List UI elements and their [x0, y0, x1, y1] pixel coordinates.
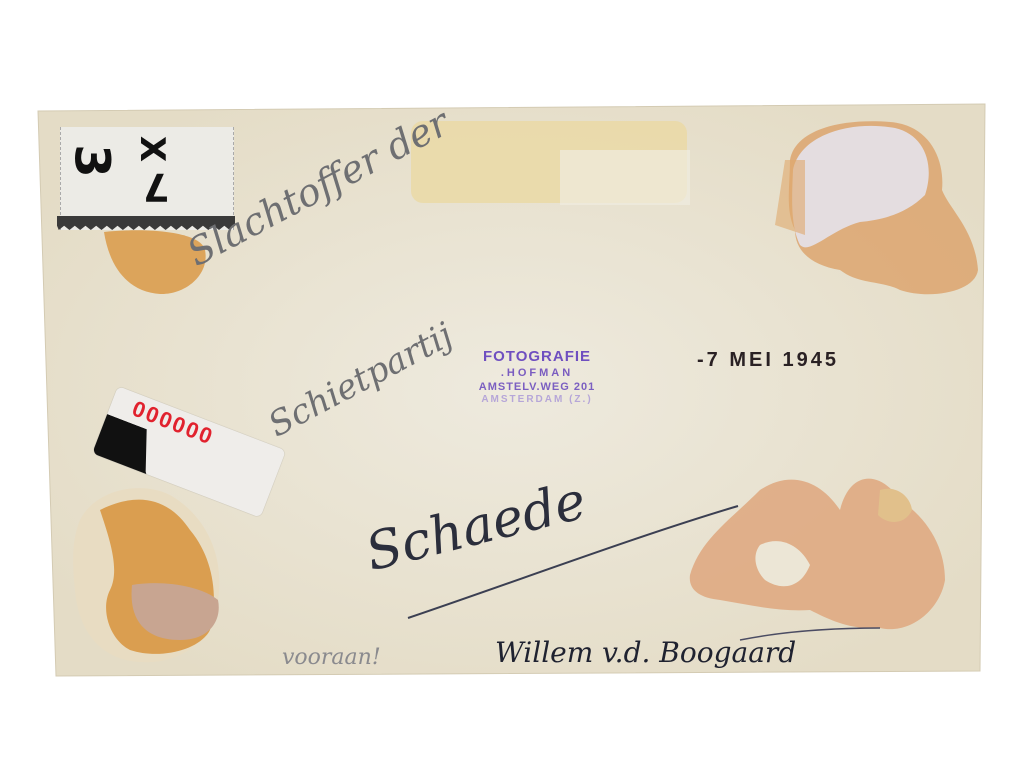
handwritten-note-vooraan: vooraan! — [282, 645, 381, 670]
corner-mark-3: 3 — [64, 144, 120, 177]
stamp-line-3: AMSTELV.WEG 201 — [452, 381, 622, 395]
corner-mark-x: X — [132, 136, 172, 162]
handwritten-signature: Willem v.d. Boogaard — [495, 636, 796, 669]
stamp-line-4: AMSTERDAM (Z.) — [452, 394, 622, 407]
stamp-line-1: FOTOGRAFIE — [452, 348, 622, 367]
photo-card-back: 3 X 7 Slachtoffer der Schietpartij FOTOG… — [0, 0, 1024, 768]
date-stamp: -7 MEI 1945 — [697, 349, 839, 372]
stamp-line-2: .HOFMAN — [452, 367, 622, 381]
postage-stamp-remnant: 3 X 7 — [60, 127, 234, 230]
corner-mark-7: 7 — [143, 165, 169, 209]
photographer-stamp: FOTOGRAFIE .HOFMAN AMSTELV.WEG 201 AMSTE… — [452, 348, 622, 407]
